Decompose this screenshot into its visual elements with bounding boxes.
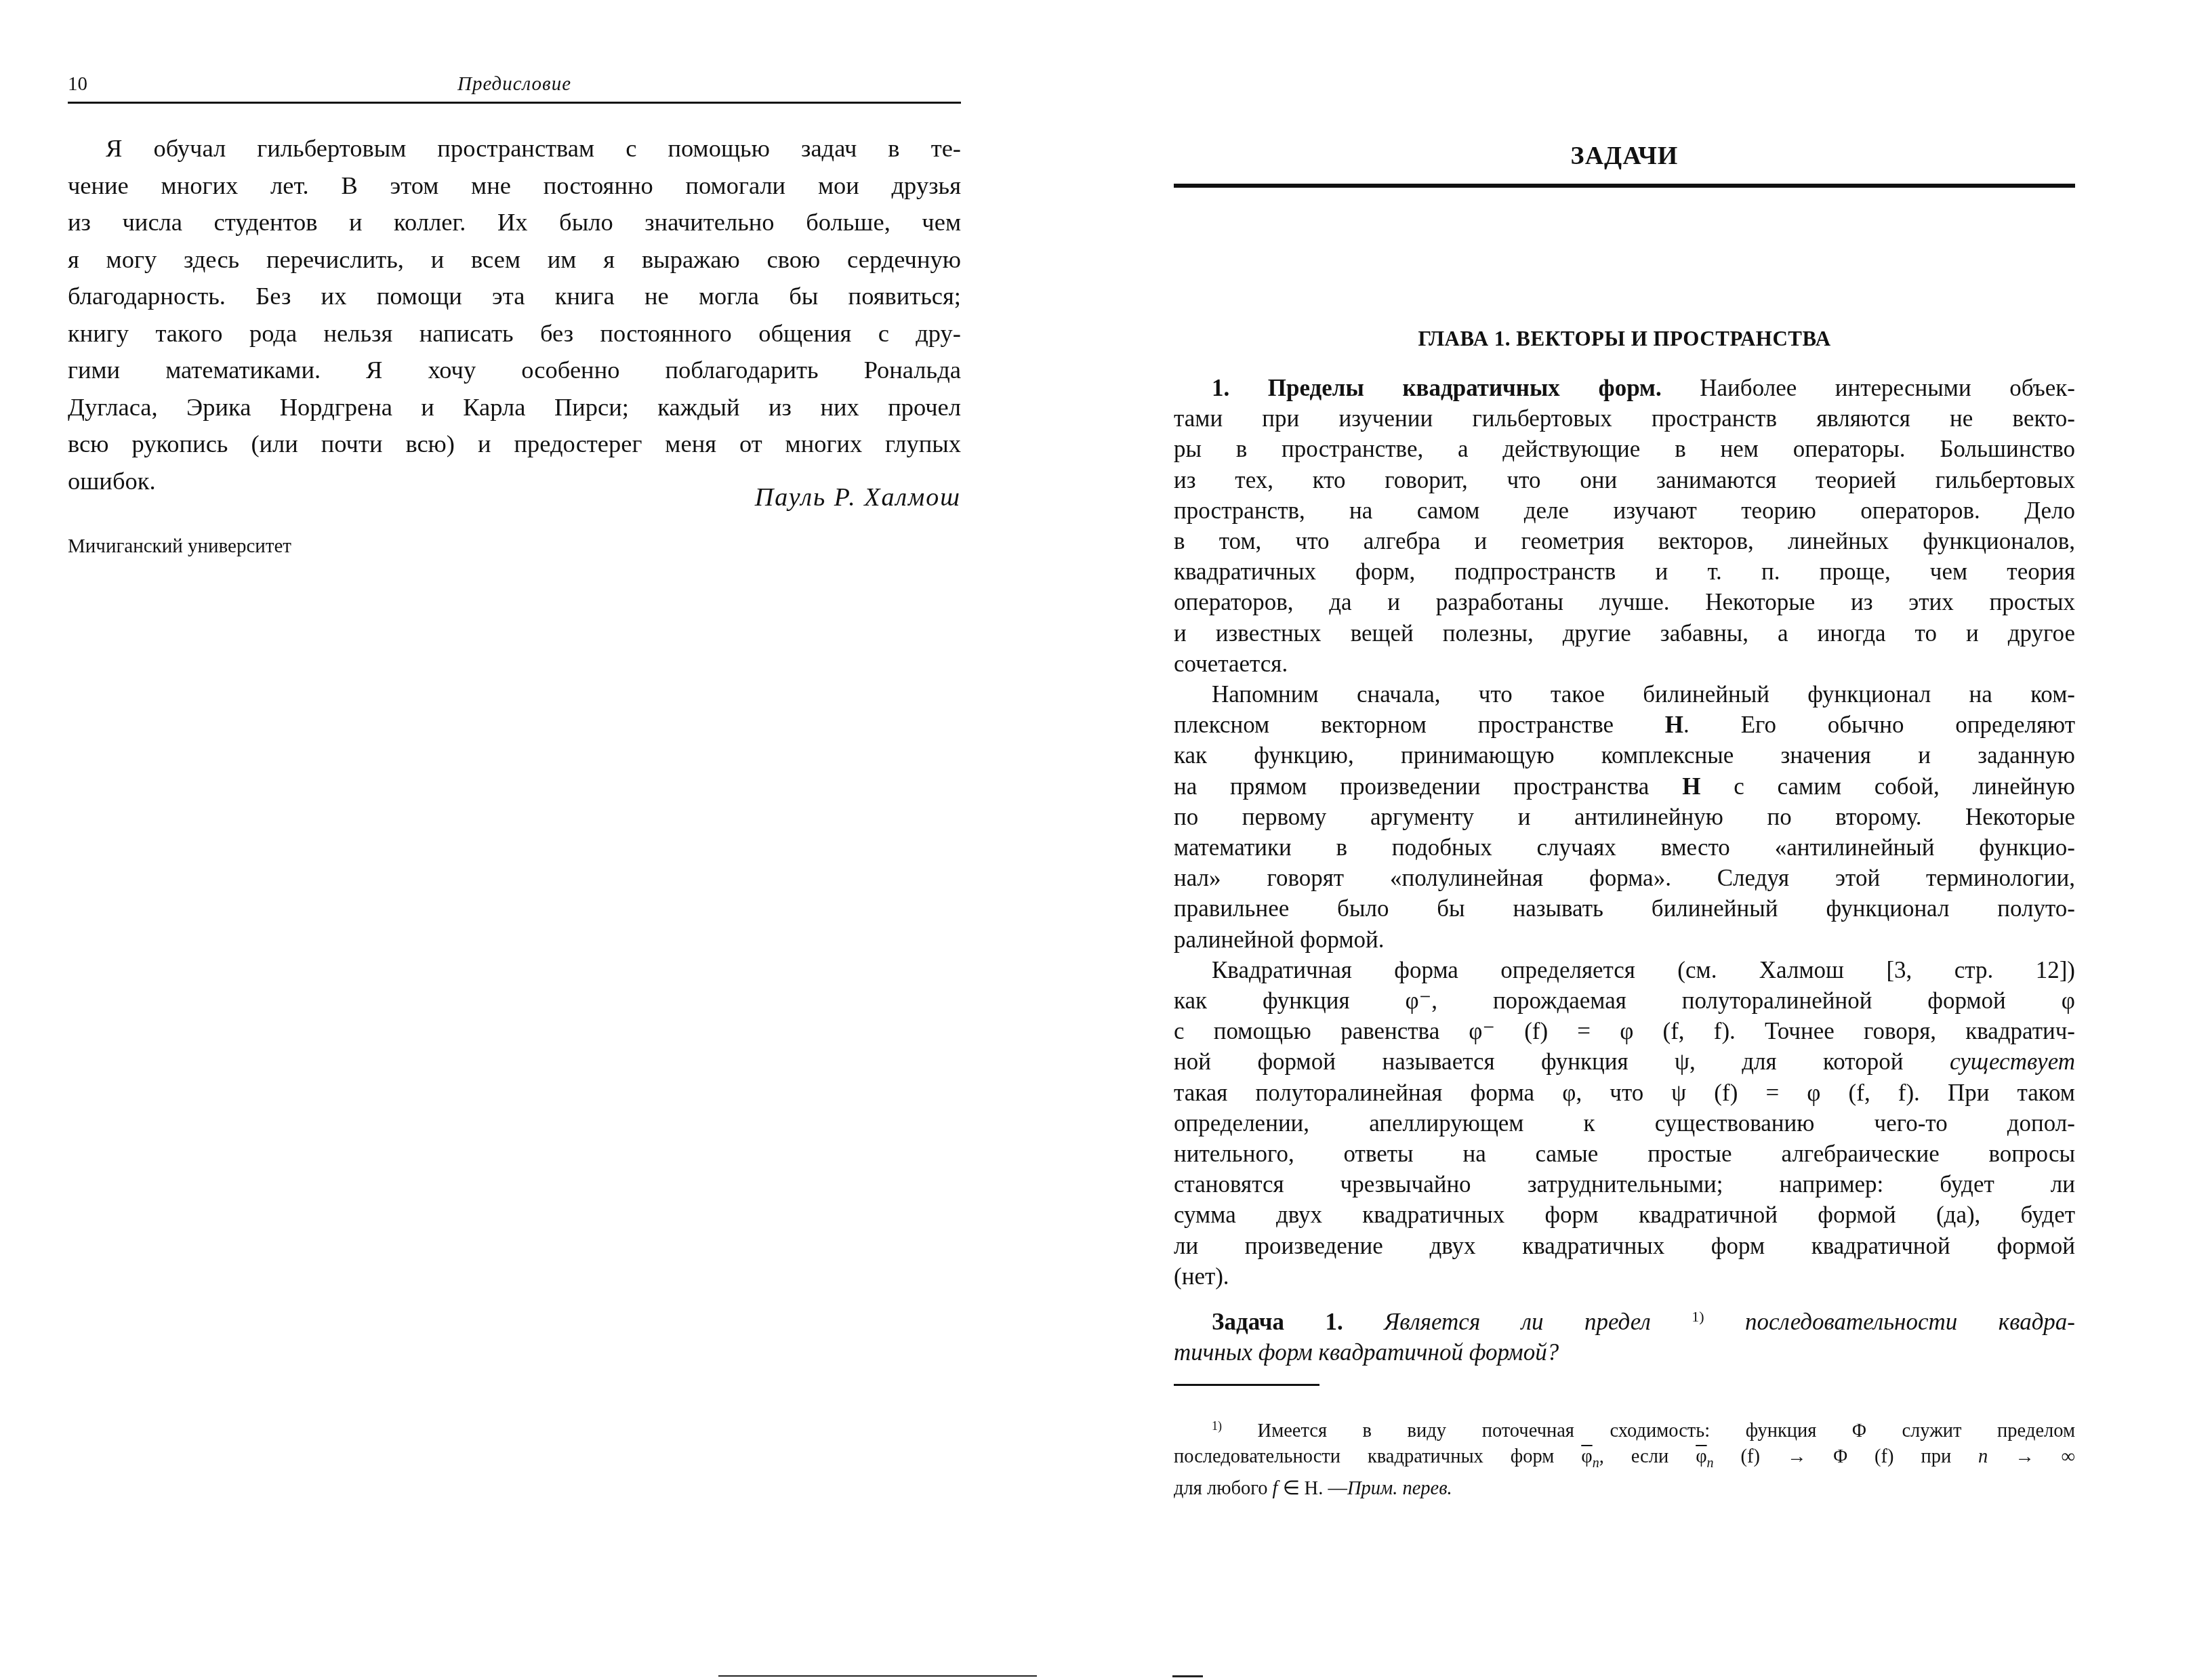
chapter-title: ГЛАВА 1. ВЕКТОРЫ И ПРОСТРАНСТВА <box>1174 327 2075 351</box>
translator-note: Прим. перев. <box>1347 1478 1452 1499</box>
text-line: в том, что алгебра и геометрия векторов,… <box>1174 526 2075 556</box>
text-line: ной формой называется функция ψ, для кот… <box>1174 1046 2075 1077</box>
header-rule <box>68 102 961 104</box>
problem-label: Задача 1. <box>1212 1309 1343 1335</box>
text-line: Напомним сначала, что такое билинейный ф… <box>1174 679 2075 710</box>
text-line: 1) Имеется в виду поточечная сходимость:… <box>1174 1413 2075 1444</box>
text-line: тичных форм квадратичной формой? <box>1174 1337 2075 1368</box>
text-line: я могу здесь перечислить, и всем им я вы… <box>68 241 961 279</box>
section-body: 1. Пределы квадратичных форм. Наиболее и… <box>1174 373 2075 1292</box>
text-line: такая полуторалинейная форма φ, что ψ (f… <box>1174 1078 2075 1108</box>
text-line: плексном векторном пространстве H. Его о… <box>1174 710 2075 740</box>
text-line: на прямом произведении пространства H с … <box>1174 771 2075 802</box>
space-symbol-H: H <box>1665 712 1683 738</box>
section-heading: 1. Пределы квадратичных форм. <box>1212 375 1662 401</box>
author-affiliation: Мичиганский университет <box>68 535 291 558</box>
text-line: нительного, ответы на самые простые алге… <box>1174 1139 2075 1169</box>
preface-body: Я обучал гильбертовым пространствам с по… <box>68 130 961 499</box>
text-line: с помощью равенства φ⁻ (f) = φ (f, f). Т… <box>1174 1016 2075 1046</box>
running-head-title: Предисловие <box>68 73 961 96</box>
text-line: всю рукопись (или почти всю) и предостер… <box>68 426 961 463</box>
text-line: становятся чрезвычайно затруднительными;… <box>1174 1169 2075 1200</box>
text-line: тами при изучении гильбертовых пространс… <box>1174 403 2075 434</box>
text-line: операторов, да и разработаны лучше. Неко… <box>1174 587 2075 617</box>
footnote-marker: 1) <box>1212 1419 1222 1433</box>
text-line: математики в подобных случаях вместо «ан… <box>1174 832 2075 863</box>
text-line: и известных вещей полезны, другие забавн… <box>1174 618 2075 649</box>
text-line: сумма двух квадратичных форм квадратично… <box>1174 1200 2075 1230</box>
text-line: из числа студентов и коллег. Их было зна… <box>68 204 961 241</box>
space-symbol-H: H <box>1682 773 1700 800</box>
emphasis: существует <box>1950 1048 2075 1075</box>
text-line: определении, апеллирующем к существовани… <box>1174 1108 2075 1139</box>
text-line: Квадратичная форма определяется (см. Хал… <box>1174 955 2075 985</box>
footnote: 1) Имеется в виду поточечная сходимость:… <box>1174 1413 2075 1502</box>
text-line: чение многих лет. В этом мне постоянно п… <box>68 167 961 205</box>
text-line: нал» говорят «полулинейная форма». Следу… <box>1174 863 2075 893</box>
scan-edge-mark <box>718 1675 1037 1677</box>
text-line: гими математиками. Я хочу особенно побла… <box>68 352 961 389</box>
part-title-rule <box>1174 184 2075 188</box>
text-line: ли произведение двух квадратичных форм к… <box>1174 1231 2075 1261</box>
text-line: как функцию, принимающую комплексные зна… <box>1174 740 2075 771</box>
author-signature: Пауль Р. Халмош <box>755 483 961 512</box>
running-head: 10 Предисловие <box>68 73 961 100</box>
footnote-rule <box>1174 1384 1319 1386</box>
text-line: как функция φ⁻, порождаемая полуторалине… <box>1174 985 2075 1016</box>
text-line: по первому аргументу и антилинейную по в… <box>1174 802 2075 832</box>
text-line: Я обучал гильбертовым пространствам с по… <box>68 130 961 167</box>
part-title: ЗАДАЧИ <box>1174 141 2075 171</box>
text-line: последовательности квадратичных форм φn,… <box>1174 1444 2075 1476</box>
text-line: пространств, на самом деле изучают теори… <box>1174 495 2075 526</box>
scan-edge-mark <box>1172 1675 1203 1677</box>
footnote-ref[interactable]: 1) <box>1692 1308 1704 1325</box>
text-line: ры в пространстве, а действующие в нем о… <box>1174 434 2075 464</box>
text-line: для любого f ∈ H. —Прим. перев. <box>1174 1476 2075 1502</box>
text-line: Дугласа, Эрика Нордгрена и Карла Пирси; … <box>68 389 961 426</box>
text-line: ралинейной формой. <box>1174 924 2075 955</box>
text-line: правильнее было бы называть билинейный ф… <box>1174 893 2075 924</box>
text-line: книгу такого рода нельзя написать без по… <box>68 315 961 352</box>
text-line: из тех, кто говорит, что они занимаются … <box>1174 465 2075 495</box>
text-line: квадратичных форм, подпространств и т. п… <box>1174 556 2075 587</box>
text-line: сочетается. <box>1174 649 2075 679</box>
text-line: благодарность. Без их помощи эта книга н… <box>68 278 961 315</box>
text-line: 1. Пределы квадратичных форм. Наиболее и… <box>1174 373 2075 403</box>
problem-1: Задача 1. Является ли предел 1) последов… <box>1174 1301 2075 1368</box>
text-line: Задача 1. Является ли предел 1) последов… <box>1174 1301 2075 1337</box>
text-line: (нет). <box>1174 1261 2075 1292</box>
